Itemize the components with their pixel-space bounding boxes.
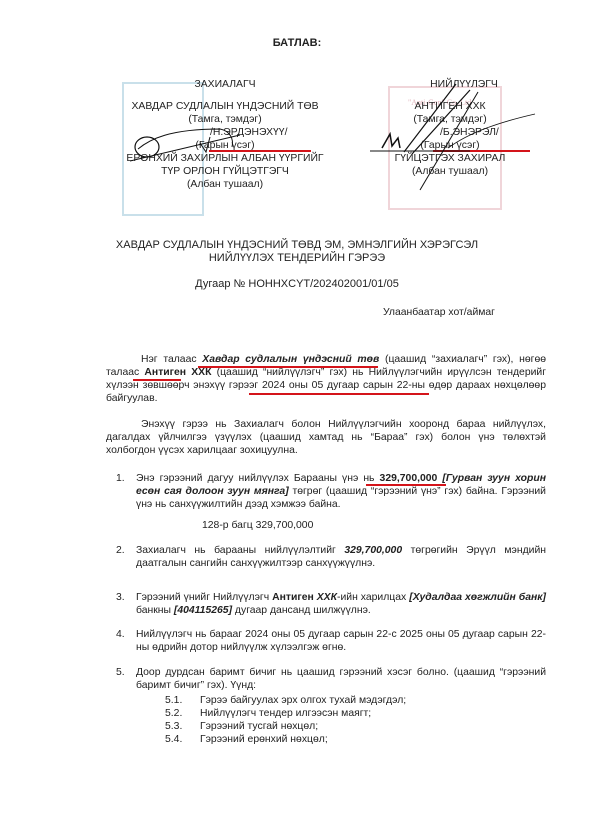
customer-organization: ХАВДАР СУДЛАЛЫН ҮНДЭСНИЙ ТӨВ (100, 100, 350, 113)
subitem-5-4: 5.4.Гэрээний ерөнхий нөхцөл; (165, 733, 328, 746)
clause-text: Гэрээний үнийг Нийлүүлэгч (136, 592, 272, 603)
contract-amount: 329,700,000 (380, 473, 438, 484)
intro-text: Нэг талаас (141, 354, 202, 365)
clause-1: 1.Энэ гэрээний дагуу нийлүүлэх Барааны ү… (136, 472, 546, 511)
customer-role: ЗАХИАЛАГЧ (100, 78, 350, 91)
subitem-number: 5.4. (165, 733, 200, 746)
subitem-5-1: 5.1.Гэрээ байгуулах эрх олгох тухай мэдэ… (165, 694, 406, 707)
clause-number: 3. (116, 591, 125, 604)
contract-title-1: ХАВДАР СУДЛАЛЫН ҮНДЭСНИЙ ТӨВД ЭМ, ЭМНЭЛГ… (0, 239, 594, 252)
intro-date: 2024 оны 05 дугаар сарын 22-ны (262, 380, 425, 391)
lot-line: 128-р багц 329,700,000 (202, 519, 313, 532)
supplier-name: Антиген (272, 592, 317, 603)
clause-text: Захиалагч нь барааны нийлүүлэлтийг (136, 545, 344, 556)
customer-position-label: (Албан тушаал) (100, 178, 350, 191)
subitem-text: Гэрээний тусгай нөхцөл; (200, 721, 318, 732)
clause-4: 4.Нийлүүлэгч нь барааг 2024 оны 05 дугаа… (136, 628, 546, 654)
clause-text: Энэ гэрээний дагуу нийлүүлэх Барааны үнэ… (136, 473, 380, 484)
approval-title: БАТЛАВ: (0, 37, 594, 50)
amount-underline (366, 484, 446, 486)
bank-name: [Худалдаа хөгжлийн банк] (409, 592, 546, 603)
clause-text: -ийн харилцах (337, 592, 409, 603)
subitem-number: 5.3. (165, 720, 200, 733)
clause-number: 1. (116, 472, 125, 485)
customer-position-2: ТҮР ОРЛОН ГҮЙЦЭТГЭГЧ (100, 165, 350, 178)
intro-customer-name: Хавдар судлалын үндэсний төв (202, 354, 379, 365)
intro-supplier-suffix: ХХК (186, 367, 211, 378)
contract-number: Дугаар № HOHHXCYT/202402001/01/05 (0, 278, 594, 291)
funding-amount: 329,700,000 (344, 545, 402, 556)
subitem-5-3: 5.3.Гэрээний тусгай нөхцөл; (165, 720, 318, 733)
clause-5: 5.Доор дурдсан баримт бичиг нь цаашид гэ… (136, 666, 546, 692)
clause-text: дугаар дансанд шилжүүлнэ. (232, 605, 371, 616)
intro-supplier-name: Антиген (144, 367, 186, 378)
scope-paragraph: Энэхүү гэрээ нь Захиалагч болон Нийлүүлэ… (106, 418, 546, 457)
subitem-number: 5.2. (165, 707, 200, 720)
clause-3: 3.Гэрээний үнийг Нийлүүлэгч Антиген ХХК-… (136, 591, 546, 617)
subitem-5-2: 5.2.Нийлүүлэгч тендер илгээсэн маягт; (165, 707, 371, 720)
subitem-number: 5.1. (165, 694, 200, 707)
subitem-text: Нийлүүлэгч тендер илгээсэн маягт; (200, 708, 371, 719)
date-underline (249, 393, 429, 395)
supplier-signature-icon (370, 82, 540, 197)
customer-name-underline (198, 366, 378, 368)
contract-title-2: НИЙЛҮҮЛЭХ ТЕНДЕРИЙН ГЭРЭЭ (0, 252, 594, 265)
bank-account: [404115265] (174, 605, 232, 616)
clause-text: Доор дурдсан баримт бичиг нь цаашид гэрэ… (136, 667, 546, 691)
supplier-suffix: ХХК (317, 592, 337, 603)
clause-number: 5. (116, 666, 125, 679)
customer-signature-icon (130, 125, 250, 165)
clause-number: 2. (116, 544, 125, 557)
clause-text: банкны (136, 605, 174, 616)
clause-2: 2.Захиалагч нь барааны нийлүүлэлтийг 329… (136, 544, 546, 570)
subitem-text: Гэрээ байгуулах эрх олгох тухай мэдэгдэл… (200, 695, 406, 706)
clause-text: Нийлүүлэгч нь барааг 2024 оны 05 дугаар … (136, 629, 546, 653)
subitem-text: Гэрээний ерөнхий нөхцөл; (200, 734, 328, 745)
contract-location: Улаанбаатар хот/аймаг (383, 306, 495, 319)
clause-number: 4. (116, 628, 125, 641)
supplier-name-underline (133, 379, 181, 381)
